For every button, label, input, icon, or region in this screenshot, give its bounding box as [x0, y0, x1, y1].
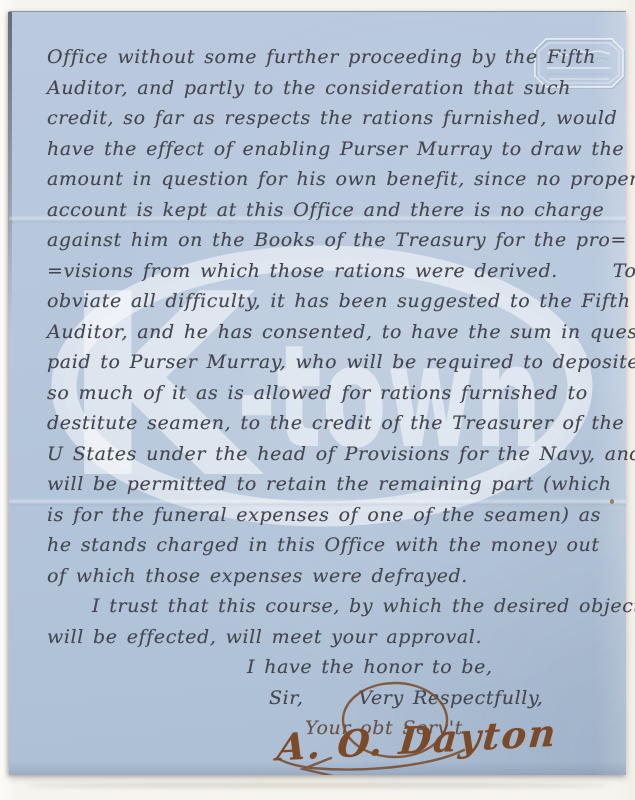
letter-line: will be effected, will meet your approva…	[47, 622, 598, 653]
letter-line: so much of it as is allowed for rations …	[47, 378, 598, 409]
closing-line-respectfully: Sir, Very Respectfully,	[269, 683, 598, 714]
letter-line: he stands charged in this Office with th…	[47, 530, 598, 561]
letter-line: obviate all difficulty, it has been sugg…	[47, 286, 598, 317]
letter-body: Office without some further proceeding b…	[47, 42, 598, 744]
letter-line: Auditor, and he has consented, to have t…	[47, 317, 598, 348]
paper-speck	[610, 499, 614, 504]
letter-line: Office without some further proceeding b…	[47, 42, 598, 73]
letter-line: account is kept at this Office and there…	[47, 195, 598, 226]
letter-line: is for the funeral expenses of one of th…	[47, 500, 598, 531]
letter-line: destitute seamen, to the credit of the T…	[47, 408, 598, 439]
letter-paper: K -town Office without some further proc…	[9, 11, 626, 775]
signature-underline-hook	[303, 758, 333, 775]
letter-line: =visions from which those rations were d…	[47, 256, 598, 287]
letter-line: amount in question for his own benefit, …	[47, 164, 598, 195]
letter-line: paid to Purser Murray, who will be requi…	[47, 347, 598, 378]
letter-line: I trust that this course, by which the d…	[47, 591, 598, 622]
letter-line: of which those expenses were defrayed.	[47, 561, 598, 592]
scanned-letter-photo: K -town Office without some further proc…	[0, 0, 635, 800]
letter-line: against him on the Books of the Treasury…	[47, 225, 598, 256]
letter-line: will be permitted to retain the remainin…	[47, 469, 598, 500]
letter-line: Auditor, and partly to the consideration…	[47, 73, 598, 104]
paper-drop-shadow	[25, 783, 610, 788]
letter-line: have the effect of enabling Purser Murra…	[47, 134, 598, 165]
letter-line: U States under the head of Provisions fo…	[47, 439, 598, 470]
letter-line: credit, so far as respects the rations f…	[47, 103, 598, 134]
closing-line-honor: I have the honor to be,	[247, 652, 598, 683]
